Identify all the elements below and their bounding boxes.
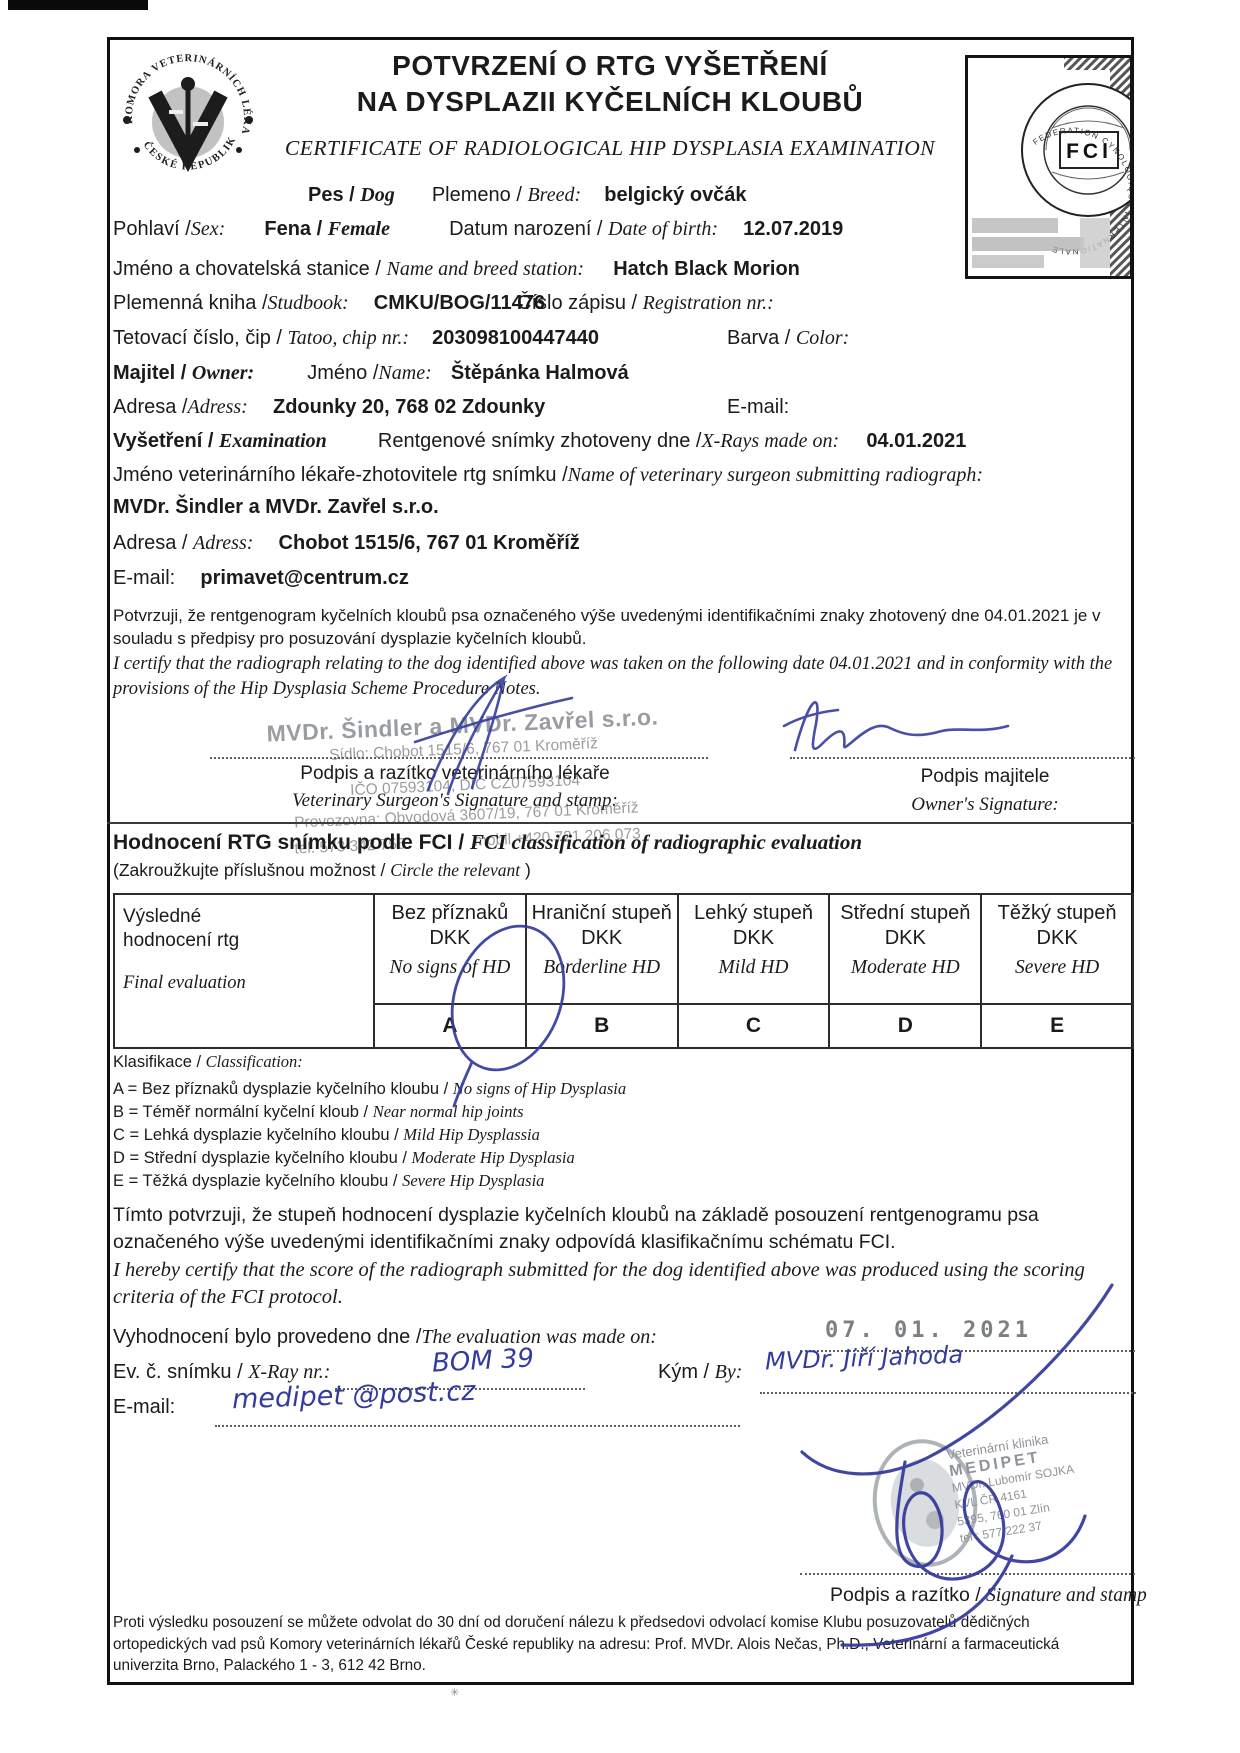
vet-addr-label-cz: Adresa /	[113, 532, 193, 554]
field-surgeon-label: Jméno veterinárního lékaře-zhotovitele r…	[113, 464, 983, 487]
title-line-2: NA DYSPLAZII KYČELNÍCH KLOUBŮ	[260, 84, 960, 120]
field-owner: Majitel / Owner: Jméno /Name: Štěpánka H…	[113, 362, 629, 385]
scan-artifact-mark: ✳	[450, 1686, 459, 1699]
field-vet-email: E-mail: primavet@centrum.cz	[113, 567, 409, 590]
color-label-cz: Barva /	[727, 327, 796, 349]
fci-eval-note-close: )	[520, 860, 531, 880]
field-dog: Pes / Dog Plemeno / Breed: belgický ovčá…	[308, 184, 747, 207]
result-email-line: E-mail:	[113, 1396, 175, 1419]
vet-addr-label-en: Adress:	[193, 532, 253, 554]
col-e-header: Těžký stupeň DKK Severe HD	[981, 894, 1133, 1004]
breed-label-cz: Plemeno /	[432, 184, 528, 206]
col-c-dkk: DKK	[681, 926, 827, 951]
fci-eval-note-cz: (Zakroužkujte příslušnou možnost /	[113, 860, 390, 880]
xray-made-label-cz: Rentgenové snímky zhotoveny dne /	[378, 430, 702, 452]
row-header-cz: Výsledné hodnocení rtg	[123, 905, 253, 953]
evaluation-date-stamp: 07. 01. 2021	[825, 1318, 1032, 1343]
tattoo-label-en: Tatoo, chip nr.:	[288, 327, 410, 349]
evaluator-dotted-line	[760, 1392, 1136, 1394]
xray-number-handwritten: BOM 39	[431, 1343, 535, 1378]
row-header-en: Final evaluation	[123, 973, 365, 994]
studbook-label-cz: Plemenná kniha /	[113, 292, 268, 314]
col-a-en: No signs of HD	[377, 957, 523, 979]
fci-eval-heading: Hodnocení RTG snímku podle FCI / FCI cla…	[113, 830, 862, 855]
dog-label-en: Dog	[360, 184, 394, 206]
col-a-header: Bez příznaků DKK No signs of HD	[374, 894, 526, 1004]
class-c-en: Mild Hip Dysplassia	[403, 1125, 540, 1144]
class-e-cz: E = Těžká dysplazie kyčelního kloubu /	[113, 1172, 402, 1190]
classification-item-a: A = Bez příznaků dysplazie kyčelního klo…	[113, 1079, 626, 1099]
fci-eval-note: (Zakroužkujte příslušnou možnost / Circl…	[113, 860, 531, 881]
name-station-label-en: Name and breed station:	[386, 258, 584, 280]
xray-nr-label-cz: Ev. č. snímku /	[113, 1361, 248, 1383]
certify2-cz: Tímto potvrzuji, že stupeň hodnocení dys…	[113, 1202, 1127, 1255]
owner-name-value: Štěpánka Halmová	[451, 362, 629, 384]
class-b-en: Near normal hip joints	[373, 1102, 524, 1121]
registration-label: Číslo zápisu / Registration nr.:	[517, 292, 774, 315]
classification-item-b: B = Téměř normální kyčelní kloub / Near …	[113, 1102, 524, 1122]
breed-value: belgický ovčák	[604, 184, 746, 206]
xray-number-line: Ev. č. snímku / X-Ray nr.: Kým / By:	[113, 1361, 330, 1384]
col-d-dkk: DKK	[832, 926, 978, 951]
class-b-cz: B = Téměř normální kyčelní kloub /	[113, 1103, 373, 1121]
fci-eval-note-en: Circle the relevant	[390, 860, 520, 880]
bottom-sign-label-en: Signature and stamp	[986, 1585, 1147, 1606]
by-label: Kým / By:	[658, 1361, 742, 1384]
result-email-dotted-line	[215, 1425, 740, 1427]
name-station-value: Hatch Black Morion	[613, 258, 800, 280]
bottom-signature-label: Podpis a razítko / Signature and stamp	[830, 1584, 1147, 1607]
owner-sign-label-cz: Podpis majitele	[855, 766, 1115, 788]
evaluation-date-line: Vyhodnocení bylo provedeno dne /The eval…	[113, 1326, 657, 1349]
kvl-logo: KOMORA VETERINÁRNÍCH LÉKAŘŮ ČESKÉ REPUBL…	[113, 42, 263, 192]
vet-email-label: E-mail:	[113, 567, 175, 589]
field-examination: Vyšetření / Examination Rentgenové snímk…	[113, 430, 966, 453]
vet-signature-line	[210, 757, 708, 759]
col-e-cz: Těžký stupeň	[984, 901, 1130, 926]
sex-value-en: Female	[328, 218, 390, 240]
dob-value: 12.07.2019	[743, 218, 843, 240]
dob-label-cz: Datum narození /	[449, 218, 608, 240]
color-label-en: Color:	[796, 327, 849, 349]
class-d-cz: D = Střední dysplazie kyčelního kloubu /	[113, 1149, 412, 1167]
certify1-cz: Potvrzuji, že rentgenogram kyčelních klo…	[113, 604, 1125, 650]
table-row-header-cell: Výsledné hodnocení rtg Final evaluation	[114, 894, 374, 1048]
registration-label-cz: Číslo zápisu /	[517, 292, 643, 314]
surgeon-label-cz: Jméno veterinárního lékaře-zhotovitele r…	[113, 464, 568, 486]
xray-made-value: 04.01.2021	[866, 430, 966, 452]
made-on-label-en: The evaluation was made on:	[421, 1326, 657, 1348]
xray-made-label-en: X-Rays made on:	[701, 430, 839, 452]
col-a-dkk: DKK	[377, 926, 523, 951]
classification-heading: Klasifikace / Classification:	[113, 1052, 303, 1072]
owner-signature-line	[790, 757, 1135, 759]
by-label-en: By:	[715, 1361, 743, 1383]
registration-label-en: Registration nr.:	[643, 292, 774, 314]
field-name-station: Jméno a chovatelská stanice / Name and b…	[113, 258, 800, 281]
col-b-en: Borderline HD	[529, 957, 675, 979]
letter-c: C	[678, 1004, 830, 1048]
class-a-en: No signs of Hip Dysplasia	[453, 1079, 626, 1098]
surgeon-value: MVDr. Šindler a MVDr. Zavřel s.r.o.	[113, 496, 439, 518]
color-label: Barva / Color:	[727, 327, 849, 350]
xray-nr-label-en: X-Ray nr.:	[248, 1361, 330, 1383]
field-tattoo: Tetovací číslo, čip / Tatoo, chip nr.: 2…	[113, 327, 599, 350]
exam-label-cz: Vyšetření /	[113, 430, 219, 452]
field-vet-address: Adresa / Adress: Chobot 1515/6, 767 01 K…	[113, 532, 580, 555]
classification-heading-cz: Klasifikace /	[113, 1053, 206, 1071]
dog-label-cz: Pes /	[308, 184, 360, 206]
bottom-sign-label-cz: Podpis a razítko /	[830, 1584, 986, 1606]
owner-addr-label-cz: Adresa /	[113, 396, 187, 418]
title-line-1: POTVRZENÍ O RTG VYŠETŘENÍ	[260, 48, 960, 84]
tattoo-label-cz: Tetovací číslo, čip /	[113, 327, 288, 349]
bottom-signature-line	[800, 1573, 1135, 1575]
vet-sign-label-cz: Podpis a razítko veterinárního lékaře	[215, 763, 695, 785]
owner-label-en: Owner:	[192, 362, 254, 384]
class-d-en: Moderate Hip Dysplasia	[412, 1148, 575, 1167]
section-divider	[107, 822, 1134, 824]
col-a-cz: Bez příznaků	[377, 901, 523, 926]
sex-label-cz: Pohlaví /	[113, 218, 191, 240]
breed-label-en: Breed:	[527, 184, 581, 206]
owner-addr-label-en: Adress:	[187, 396, 247, 418]
col-d-cz: Střední stupeň	[832, 901, 978, 926]
by-label-cz: Kým /	[658, 1361, 715, 1383]
owner-name-label-en: Name:	[378, 362, 431, 384]
col-e-en: Severe HD	[984, 957, 1130, 979]
class-c-cz: C = Lehká dysplazie kyčelního kloubu /	[113, 1126, 403, 1144]
surgeon-label-en: Name of veterinary surgeon submitting ra…	[568, 464, 983, 486]
fci-logo-box: FCI FEDERATION CYNOLOGIQUE INTERNATIONAL…	[965, 55, 1133, 279]
studbook-label-en: Studbook:	[268, 292, 349, 314]
appeal-footnote: Proti výsledku posouzení se můžete odvol…	[113, 1612, 1119, 1677]
fci-logo-graphic: FCI FEDERATION CYNOLOGIQUE INTERNATIONAL…	[968, 58, 1130, 276]
fci-eval-heading-cz: Hodnocení RTG snímku podle FCI /	[113, 831, 470, 854]
certify1-en: I certify that the radiograph relating t…	[113, 652, 1127, 702]
title-block: POTVRZENÍ O RTG VYŠETŘENÍ NA DYSPLAZII K…	[260, 48, 960, 161]
vet-sign-label-en: Veterinary Surgeon's Signature and stamp…	[215, 790, 695, 812]
owner-label-cz: Majitel /	[113, 362, 192, 384]
kvl-logo-graphic: KOMORA VETERINÁRNÍCH LÉKAŘŮ ČESKÉ REPUBL…	[113, 42, 263, 192]
name-station-label-cz: Jméno a chovatelská stanice /	[113, 258, 386, 280]
owner-sign-label-en: Owner's Signature:	[855, 794, 1115, 816]
class-a-cz: A = Bez příznaků dysplazie kyčelního klo…	[113, 1080, 453, 1098]
table-header-row: Výsledné hodnocení rtg Final evaluation …	[114, 894, 1133, 1004]
owner-name-label-cz: Jméno /	[307, 362, 378, 384]
tattoo-value: 203098100447440	[432, 327, 599, 349]
classification-item-c: C = Lehká dysplazie kyčelního kloubu / M…	[113, 1125, 540, 1145]
classification-item-e: E = Těžká dysplazie kyčelního kloubu / S…	[113, 1171, 544, 1191]
field-surgeon-value: MVDr. Šindler a MVDr. Zavřel s.r.o.	[113, 496, 439, 519]
col-b-dkk: DKK	[529, 926, 675, 951]
result-email-label: E-mail:	[113, 1396, 175, 1418]
sex-label-en: Sex:	[191, 218, 225, 240]
fci-evaluation-table: Výsledné hodnocení rtg Final evaluation …	[113, 893, 1134, 1049]
classification-item-d: D = Střední dysplazie kyčelního kloubu /…	[113, 1148, 575, 1168]
exam-label-en: Examination	[219, 430, 327, 452]
col-c-en: Mild HD	[681, 957, 827, 979]
col-d-header: Střední stupeň DKK Moderate HD	[829, 894, 981, 1004]
col-c-header: Lehký stupeň DKK Mild HD	[678, 894, 830, 1004]
sex-value-cz: Fena /	[264, 218, 327, 240]
col-d-en: Moderate HD	[832, 957, 978, 979]
col-c-cz: Lehký stupeň	[681, 901, 827, 926]
owner-addr-value: Zdounky 20, 768 02 Zdounky	[273, 396, 545, 418]
owner-email-label: E-mail:	[727, 396, 789, 419]
made-on-label-cz: Vyhodnocení bylo provedeno dne /	[113, 1326, 421, 1348]
field-sex-dob: Pohlaví /Sex: Fena / Female Datum naroze…	[113, 218, 843, 241]
col-e-dkk: DKK	[984, 926, 1130, 951]
vet-email-value: primavet@centrum.cz	[200, 567, 408, 589]
letter-d: D	[829, 1004, 981, 1048]
subtitle: CERTIFICATE OF RADIOLOGICAL HIP DYSPLASI…	[260, 136, 960, 161]
field-studbook: Plemenná kniha /Studbook: CMKU/BOG/11476…	[113, 292, 545, 315]
col-b-header: Hraniční stupeň DKK Borderline HD	[526, 894, 678, 1004]
dob-label-en: Date of birth:	[608, 218, 718, 240]
class-e-en: Severe Hip Dysplasia	[402, 1171, 544, 1190]
vet-addr-value: Chobot 1515/6, 767 01 Kroměříž	[279, 532, 580, 554]
letter-e: E	[981, 1004, 1133, 1048]
scan-artifact-bar	[8, 0, 148, 10]
classification-heading-en: Classification:	[206, 1052, 303, 1071]
certify2-en: I hereby certify that the score of the r…	[113, 1257, 1123, 1311]
col-b-cz: Hraniční stupeň	[529, 901, 675, 926]
certificate-page: KOMORA VETERINÁRNÍCH LÉKAŘŮ ČESKÉ REPUBL…	[0, 0, 1240, 1753]
field-owner-address: Adresa /Adress: Zdounky 20, 768 02 Zdoun…	[113, 396, 545, 419]
letter-a: A	[374, 1004, 526, 1048]
letter-b: B	[526, 1004, 678, 1048]
fci-eval-heading-en: FCI classification of radiographic evalu…	[470, 830, 862, 854]
